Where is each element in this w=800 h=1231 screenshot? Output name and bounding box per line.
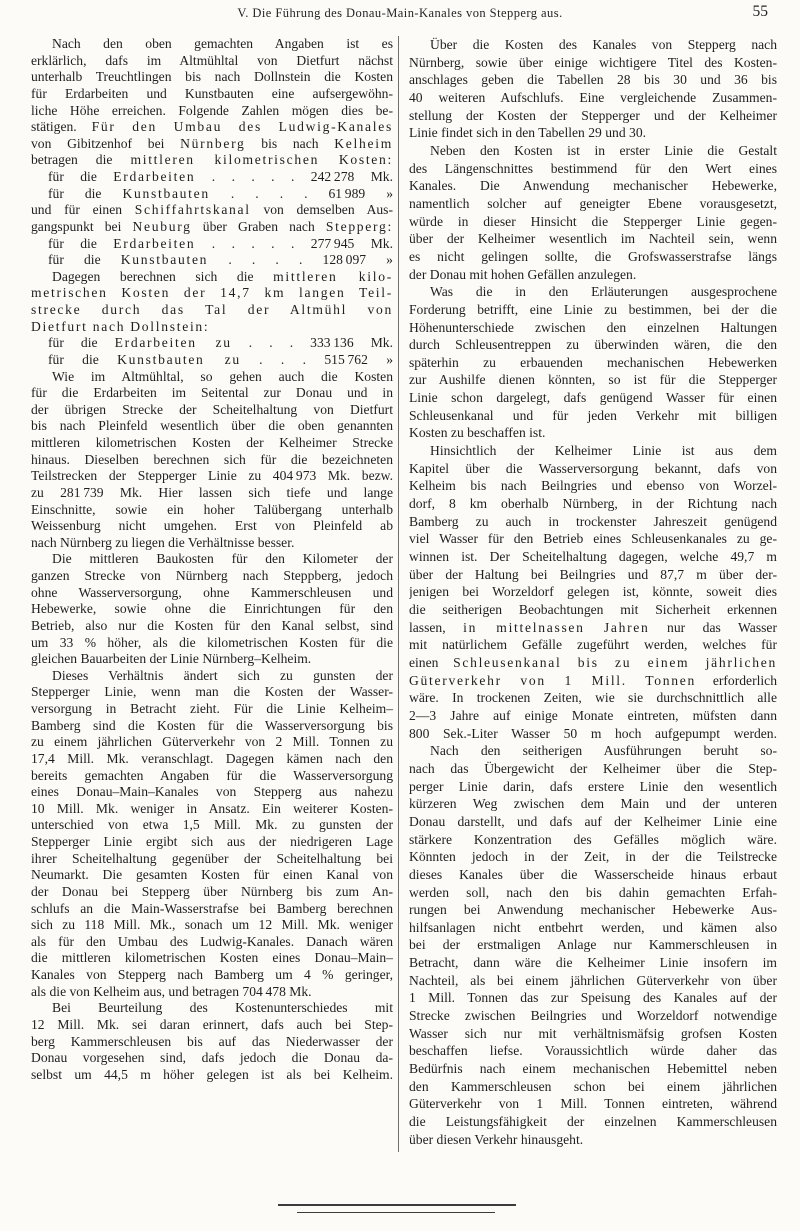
text-line: des Längenschnittes bestimmend für den W… — [409, 160, 777, 178]
plain-text: über Graben nach — [192, 219, 326, 234]
spaced-text: mittleren kilometrischen Kosten: — [130, 152, 393, 167]
plain-text: für die — [48, 186, 122, 201]
spaced-text: Für den Umbau des Ludwig-Kanales — [92, 119, 393, 134]
text-line: die Leistungsfähigkeit der einzelnen Kam… — [409, 1113, 777, 1131]
text-line: Güterverkehr von 1 Mill. Tonnen erforder… — [409, 672, 777, 690]
text-line: zu 281 739 Mk. Hier lassen sich tiefe un… — [31, 485, 393, 502]
text-line: Dietfurt nach Dollnstein: — [31, 319, 393, 336]
text-line: über der Haltung bei Beilngries und 87,7… — [409, 566, 777, 584]
plain-text: für die — [48, 352, 117, 367]
end-rule-bottom — [297, 1212, 495, 1213]
text-line: 12 Mill. Mk. sei daran erinnert, dafs au… — [31, 1017, 393, 1034]
plain-text: . . . . . 242 278 Mk. — [195, 169, 393, 184]
spaced-text: Stepperg: — [326, 219, 393, 234]
text-line: gleichen Bauarbeiten der Linie Nürnberg–… — [31, 651, 393, 668]
text-line: viel Wasser für den Betrieb eines Schleu… — [409, 530, 777, 548]
text-line: 10 Mill. Mk. weniger in Ansatz. Ein weit… — [31, 801, 393, 818]
plain-text: für die — [48, 236, 113, 251]
text-line: Über die Kosten des Kanales von Stepperg… — [409, 36, 777, 54]
text-line: als für den Umbau des Ludwig-Kanales. Da… — [31, 934, 393, 951]
spaced-text: Kunstbauten zu — [117, 352, 241, 367]
text-line: beschaffen liefse. Voraussichtlich würde… — [409, 1042, 777, 1060]
text-line: für die Kunstbauten zu . . . 515 762 » — [31, 352, 393, 369]
spaced-text: Schleusenkanal bis zu einem jährlichen — [453, 655, 777, 670]
text-line: stärkere Konzentration des Gefälles mögl… — [409, 831, 777, 849]
text-line: Wie im Altmühltal, so gehen auch die Kos… — [31, 369, 393, 386]
text-line: unterschied von etwa 1,5 Mill. Mk. zu gu… — [31, 817, 393, 834]
plain-text: betragen die — [31, 152, 130, 167]
text-line: den Kammerschleusen schon bei einem jähr… — [409, 1078, 777, 1096]
text-line: rungen bei Anwendung mechanischer Hebewe… — [409, 901, 777, 919]
text-line: Bedürfnis nach einem mechanischen Hebemi… — [409, 1060, 777, 1078]
plain-text: Dagegen berechnen sich die — [52, 269, 273, 284]
plain-text: bis nach — [246, 136, 335, 151]
text-line: Bamberg zu auch in trockenster Jahreszei… — [409, 513, 777, 531]
text-line: eines Donau–Main–Kanales von Stepperg au… — [31, 784, 393, 801]
text-line: werden soll, nach den bis dahin gemachte… — [409, 884, 777, 902]
plain-text: . . . . 128 097 » — [208, 252, 393, 267]
text-line: Die mittleren Baukosten für den Kilomete… — [31, 551, 393, 568]
text-line: Neumarkt. Die gesamten Kosten für einen … — [31, 867, 393, 884]
text-line: Hebewerke, sowie ohne die Einrichtungen … — [31, 601, 393, 618]
text-line: der Donau bei Stepperg über Nürnberg bis… — [31, 884, 393, 901]
text-line: von Gibitzenhof bei Nürnberg bis nach Ke… — [31, 136, 393, 153]
text-line: für die Kunstbauten . . . . 61 989 » — [31, 186, 393, 203]
spaced-text: Erdarbeiten — [113, 236, 195, 251]
text-line: berg Kammerschleusen bis auf das Niederw… — [31, 1034, 393, 1051]
text-line: ihrer Scheitelhaltung gegenüber der Sche… — [31, 851, 393, 868]
spaced-text: Kunstbauten — [122, 186, 209, 201]
text-line: ohne Wasserversorgung, ohne Kammerschleu… — [31, 585, 393, 602]
plain-text: für die — [48, 252, 121, 267]
text-line: liche Höhe erreichen. Folgende Zahlen mö… — [31, 103, 393, 120]
text-line: Forderung betrifft, eine Linie zu bestim… — [409, 301, 777, 319]
text-line: Nach den seitherigen Ausführungen beruht… — [409, 742, 777, 760]
text-line: Kapitel über die Wasserversorgung bekann… — [409, 460, 777, 478]
text-line: es nicht gelingen sollte, die Grofswasse… — [409, 248, 777, 266]
text-line: für die Erdarbeiten . . . . . 242 278 Mk… — [31, 169, 393, 186]
text-line: für Erdarbeiten und Kunstbauten eine auf… — [31, 86, 393, 103]
text-line: mit natürlichem Gefälle zugeführt werden… — [409, 636, 777, 654]
text-line: Dagegen berechnen sich die mittleren kil… — [31, 269, 393, 286]
text-line: der übrigen Strecke der Scheitelhaltung … — [31, 402, 393, 419]
plain-text: nur das Wasser — [650, 620, 777, 635]
text-line: hilfsanlagen nicht entbehrt werden, und … — [409, 919, 777, 937]
text-line: Könnten jedoch in der Zeit, in der die T… — [409, 848, 777, 866]
text-line: bereits gemachten Angaben für die Wasser… — [31, 768, 393, 785]
text-line: 40 weiteren Aufschlufs. Eine vergleichen… — [409, 89, 777, 107]
text-line: für die Erdarbeiten zu . . . 333 136 Mk. — [31, 335, 393, 352]
text-line: betragen die mittleren kilometrischen Ko… — [31, 152, 393, 169]
spaced-text: mittleren kilo- — [273, 269, 393, 284]
text-line: zur Aushilfe dienen könnten, so ist für … — [409, 371, 777, 389]
text-line: winnen ist. Der Scheitelhaltung dagegen,… — [409, 548, 777, 566]
text-line: für die Kunstbauten . . . . 128 097 » — [31, 252, 393, 269]
text-line: Kelheim bis nach Beilngries und ebenso v… — [409, 477, 777, 495]
text-line: Neben den Kosten ist in erster Linie die… — [409, 142, 777, 160]
text-line: Höhenunterschiede zwischen den einzelnen… — [409, 319, 777, 337]
text-line: stätigen. Für den Umbau des Ludwig-Kanal… — [31, 119, 393, 136]
text-line: 17,4 Mill. Mk. veranschlagt. Dagegen käm… — [31, 751, 393, 768]
plain-text: erforderlich — [696, 673, 777, 688]
plain-text: für die — [48, 335, 115, 350]
text-line: nach Nürnberg zu liegen die Verhältnisse… — [31, 535, 393, 552]
text-line: Nürnberg, sowie über einige wichtigere T… — [409, 54, 777, 72]
text-line: unterhalb Treuchtlingen bis nach Dollnst… — [31, 69, 393, 86]
text-line: Kosten zu beschaffen ist. — [409, 424, 777, 442]
spaced-text: Erdarbeiten zu — [115, 335, 232, 350]
text-line: jenigen bei Worzeldorf gelegen ist, könn… — [409, 583, 777, 601]
text-line: dieses Kanales über die Wasserscheide hi… — [409, 866, 777, 884]
text-line: erklärlich, dafs im Altmühltal von Dietf… — [31, 53, 393, 70]
spaced-text: in mittelnassen Jahren — [463, 620, 649, 635]
text-column-left: Nach den oben gemachten Angaben ist eser… — [31, 36, 393, 1083]
text-line: für die Erdarbeiten im Seitental zur Don… — [31, 385, 393, 402]
spaced-text: Kunstbauten — [121, 252, 208, 267]
plain-text: und für einen — [31, 202, 135, 217]
plain-text: stätigen. — [31, 119, 92, 134]
text-line: 1 Mill. Tonnen das zur Speisung des Kana… — [409, 989, 777, 1007]
text-line: Stepperger Linie, wenn man die Kosten de… — [31, 684, 393, 701]
text-line: als die von Kelheim aus, und betragen 70… — [31, 984, 393, 1001]
text-line: für die Erdarbeiten . . . . . 277 945 Mk… — [31, 236, 393, 253]
spaced-text: Nürnberg — [180, 136, 245, 151]
text-line: mittleren kilometrischen Kosten der Kelh… — [31, 435, 393, 452]
text-line: Kanales von Stepperg nach Bamberg um 4 %… — [31, 967, 393, 984]
column-divider — [398, 36, 399, 1152]
plain-text: einen — [409, 655, 453, 670]
spaced-text: Güterverkehr von 1 Mill. Tonnen — [409, 673, 696, 688]
text-line: ganzen Strecke von Nürnberg nach Steppbe… — [31, 568, 393, 585]
text-line: zu einem jährlichen Güterverkehr von 2 M… — [31, 734, 393, 751]
text-line: der Donau mit hohen Gefällen anzulegen. — [409, 266, 777, 284]
text-line: anschlages geben die Tabellen 28 bis 30 … — [409, 71, 777, 89]
text-line: Betracht, dann wäre die Kelheimer Linie … — [409, 954, 777, 972]
text-line: späterhin zu erbauenden mechanischen Heb… — [409, 354, 777, 372]
plain-text: von Gibitzenhof bei — [31, 136, 180, 151]
text-line: namentlich solcher auf geneigter Ebene v… — [409, 195, 777, 213]
text-line: schlufs an die Main-Wasserstrafse bei Ba… — [31, 901, 393, 918]
text-line: Donau darstellt, und dafs auf der Kelhei… — [409, 813, 777, 831]
text-line: Güterverkehr von 1 Mill. Tonnen eintrete… — [409, 1095, 777, 1113]
text-line: Was die in den Erläuterungen ausgesproch… — [409, 283, 777, 301]
text-line: über der Kelheimer wesentlich im Nachtei… — [409, 230, 777, 248]
text-line: Hinsichtlich der Kelheimer Linie ist aus… — [409, 442, 777, 460]
text-line: Stepperger Linie ergibt sich aus der nie… — [31, 834, 393, 851]
spaced-text: Kelheim — [334, 136, 393, 151]
text-line: die mittleren kilometrischen Kosten eine… — [31, 950, 393, 967]
text-line: Weissenburg nicht umgehen. Erst von Plei… — [31, 518, 393, 535]
text-line: Schleusenkanal und für jeden Verkehr mit… — [409, 407, 777, 425]
text-line: nach das Übergewicht der Kelheimer über … — [409, 760, 777, 778]
plain-text: . . . 333 136 Mk. — [232, 335, 393, 350]
text-line: selbst um 44,5 m höher gelegen ist als b… — [31, 1067, 393, 1084]
plain-text: . . . . . 277 945 Mk. — [195, 236, 393, 251]
page-number: 55 — [753, 3, 769, 21]
text-line: um 33 % höher, als die kilometrischen Ko… — [31, 635, 393, 652]
text-line: Bei Beurteilung des Kostenunterschiedes … — [31, 1000, 393, 1017]
text-line: Linie schon dargelegt, dafs genügend Was… — [409, 389, 777, 407]
text-column-right: Über die Kosten des Kanales von Stepperg… — [409, 36, 777, 1148]
text-line: und für einen Schiffahrtskanal von demse… — [31, 202, 393, 219]
text-line: 800 Sek.-Liter Wasser 50 m hoch aufgepum… — [409, 725, 777, 743]
text-line: lassen, in mittelnassen Jahren nur das W… — [409, 619, 777, 637]
text-line: 2—3 Jahre auf einige Monate eintreten, m… — [409, 707, 777, 725]
text-line: Strecke zwischen Beilngries und Worzeldo… — [409, 1007, 777, 1025]
text-line: durch Schleusentreppen zu überwinden wär… — [409, 336, 777, 354]
spaced-text: Schiffahrtskanal — [135, 202, 251, 217]
text-line: Teilstrecken der Stepperger Linie zu 404… — [31, 468, 393, 485]
book-page: V. Die Führung des Donau-Main-Kanales vo… — [0, 0, 800, 1231]
text-line: sich zu 118 Mill. Mk., sonach um 12 Mill… — [31, 917, 393, 934]
text-line: über diesen Verkehr hinausgeht. — [409, 1131, 777, 1149]
text-line: Nachteil, als bei einem jährlichen Güter… — [409, 972, 777, 990]
running-header-title: V. Die Führung des Donau-Main-Kanales vo… — [0, 6, 800, 21]
text-line: die seitherigen Beobachtungen mit Sicher… — [409, 601, 777, 619]
text-line: würde in dieser Hinsicht die Stepperger … — [409, 213, 777, 231]
text-line: Nach den oben gemachten Angaben ist es — [31, 36, 393, 53]
end-rule-top — [278, 1204, 516, 1206]
text-line: bis nach Pleinfeld wesentlich über die o… — [31, 418, 393, 435]
text-line: Bamberg sind die Kosten für die Wasserve… — [31, 718, 393, 735]
text-line: Einschnitte, sowie ein hoher Talübergang… — [31, 502, 393, 519]
text-line: Betrieb, also nur die Kosten für den Kan… — [31, 618, 393, 635]
text-line: Kanales. Die Anwendung mechanischer Hebe… — [409, 177, 777, 195]
text-line: kürzeren Weg zwischen dem Main und der u… — [409, 795, 777, 813]
plain-text: gangspunkt bei — [31, 219, 132, 234]
text-line: Donau vorgesehen sind, dafs jedoch die D… — [31, 1050, 393, 1067]
plain-text: lassen, — [409, 620, 463, 635]
text-line: Wasser sich nur mit verhältnismäfsig gro… — [409, 1025, 777, 1043]
plain-text: von demselben Aus- — [251, 202, 393, 217]
plain-text: . . . 515 762 » — [241, 352, 393, 367]
text-line: bei der erstmaligen Anlage nur Kammersch… — [409, 936, 777, 954]
text-line: perger Linie darin, dafs erstere Linie d… — [409, 778, 777, 796]
spaced-text: Erdarbeiten — [113, 169, 195, 184]
text-line: Dieses Verhältnis ändert sich zu gunsten… — [31, 668, 393, 685]
text-line: metrischen Kosten der 14,7 km langen Tei… — [31, 285, 393, 302]
text-line: dorf, 8 km oberhalb Nürnberg, in der Ric… — [409, 495, 777, 513]
text-line: wäre. In trockenen Zeiten, wie sie durch… — [409, 689, 777, 707]
text-line: gangspunkt bei Neuburg über Graben nach … — [31, 219, 393, 236]
plain-text: . . . . 61 989 » — [210, 186, 393, 201]
text-line: einen Schleusenkanal bis zu einem jährli… — [409, 654, 777, 672]
text-line: versorgung in Betracht zieht. Für die Li… — [31, 701, 393, 718]
text-line: hinaus. Dieselben berechnen sich für die… — [31, 452, 393, 469]
spaced-text: Neuburg — [132, 219, 191, 234]
plain-text: für die — [48, 169, 113, 184]
text-line: Linie findet sich in den Tabellen 29 und… — [409, 124, 777, 142]
text-line: stellung der Kosten der Stepperger und d… — [409, 107, 777, 125]
text-line: strecke durch das Tal der Altmühl von — [31, 302, 393, 319]
